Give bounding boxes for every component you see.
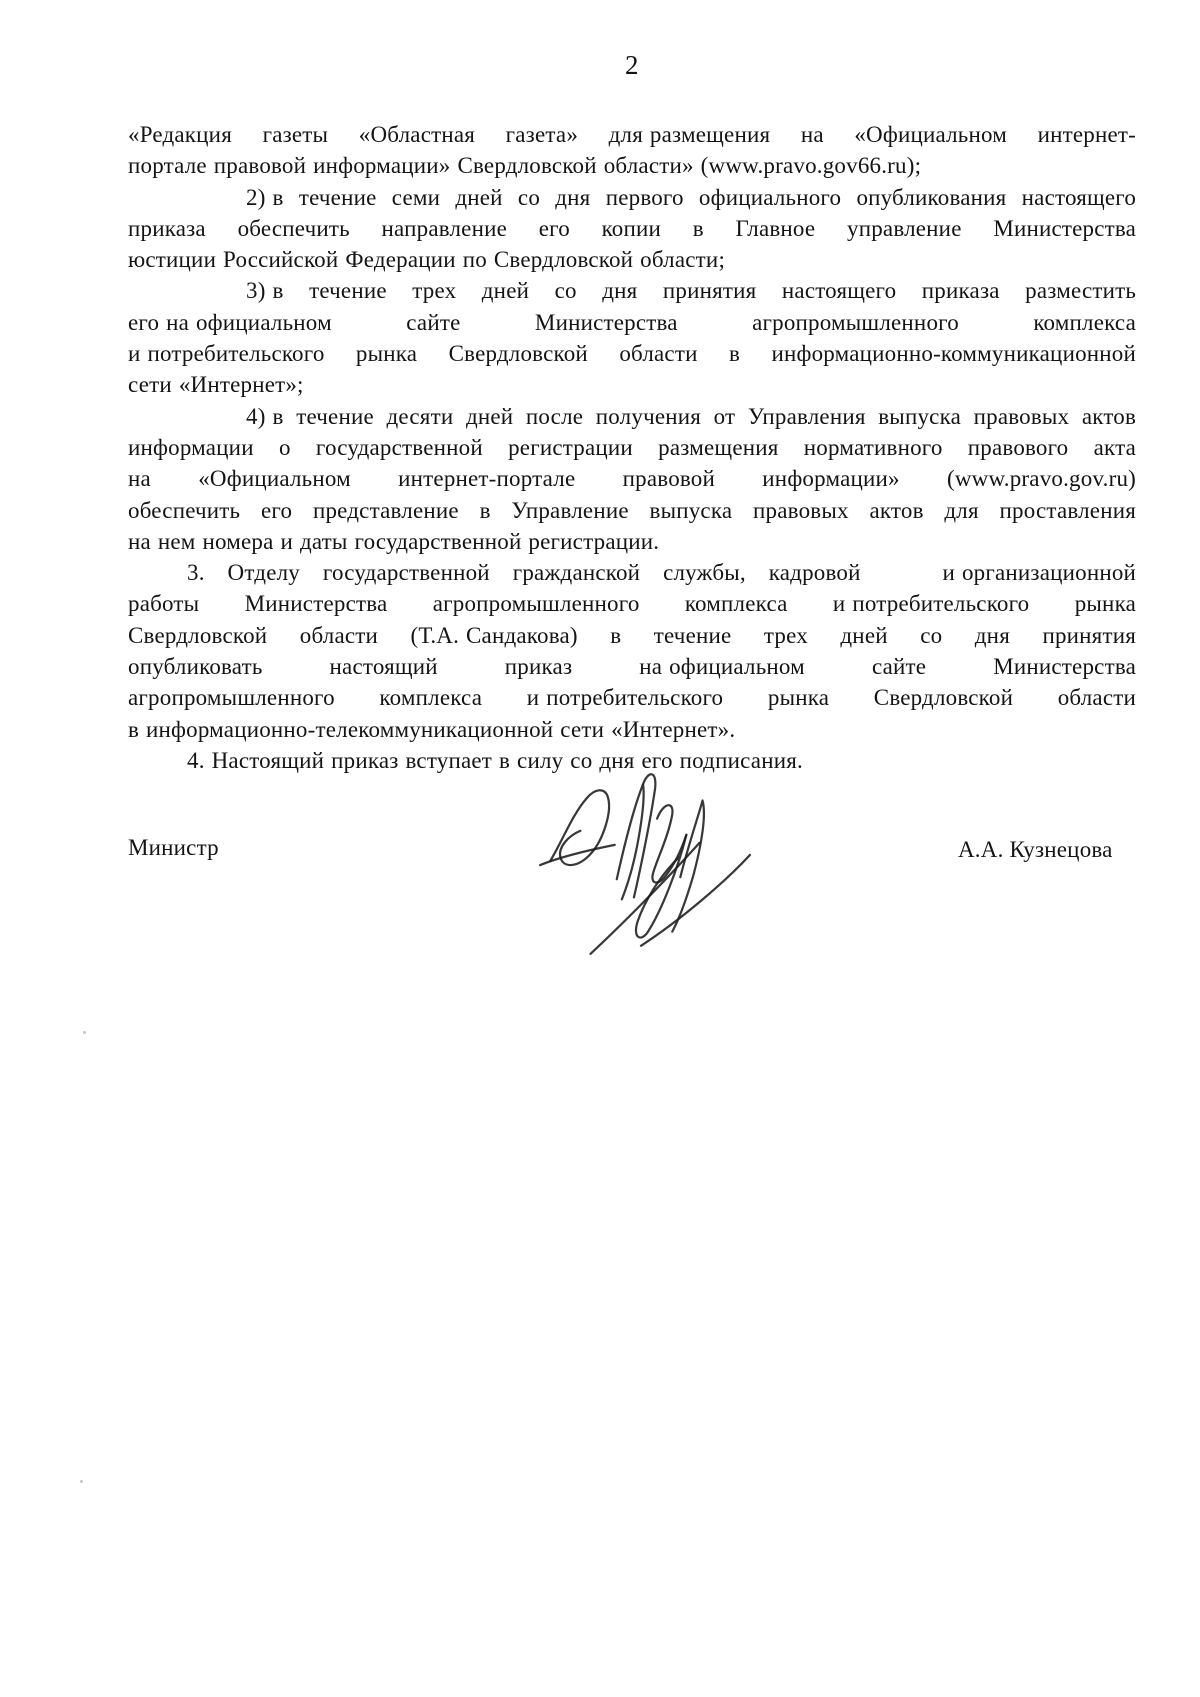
document-body: «Редакция газеты «Областная газета» для … <box>128 119 1136 776</box>
text-line: обеспечить его представление в Управлени… <box>128 495 1136 526</box>
text-line: 3) в течение трех дней со дня принятия н… <box>128 275 1136 306</box>
text-line: опубликовать настоящий приказ на официал… <box>128 651 1136 682</box>
text-line: 4) в течение десяти дней после получения… <box>128 401 1136 432</box>
page-number: 2 <box>128 50 1136 81</box>
text-line: и потребительского рынка Свердловской об… <box>128 338 1136 369</box>
document-page: 2 «Редакция газеты «Областная газета» дл… <box>0 0 1200 1697</box>
text-line: на нем номера и даты государственной рег… <box>128 526 1136 557</box>
text-line: портале правовой информации» Свердловско… <box>128 150 1136 181</box>
signer-name: А.А. Кузнецова <box>958 837 1113 863</box>
text-line: юстиции Российской Федерации по Свердлов… <box>128 244 1136 275</box>
text-line: агропромышленного комплекса и потребител… <box>128 682 1136 713</box>
text-line: в информационно-телекоммуникационной сет… <box>128 714 1136 745</box>
signer-position-label: Министр <box>128 835 219 861</box>
text-line: Свердловской области (Т.А. Сандакова) в … <box>128 620 1136 651</box>
text-line: 2) в течение семи дней со дня первого оф… <box>128 182 1136 213</box>
text-line: 3. Отделу государственной гражданской сл… <box>128 557 1136 588</box>
scan-speck <box>83 1031 86 1034</box>
text-line: приказа обеспечить направление его копии… <box>128 213 1136 244</box>
text-line: информации о государственной регистрации… <box>128 432 1136 463</box>
text-line: «Редакция газеты «Областная газета» для … <box>128 119 1136 150</box>
text-line: сети «Интернет»; <box>128 369 1136 400</box>
text-line: на «Официальном интернет-портале правово… <box>128 463 1136 494</box>
text-line: работы Министерства агропромышленного ко… <box>128 588 1136 619</box>
scan-speck <box>80 1480 83 1483</box>
signature-scribble-icon <box>528 756 760 958</box>
text-line: его на официальном сайте Министерства аг… <box>128 307 1136 338</box>
